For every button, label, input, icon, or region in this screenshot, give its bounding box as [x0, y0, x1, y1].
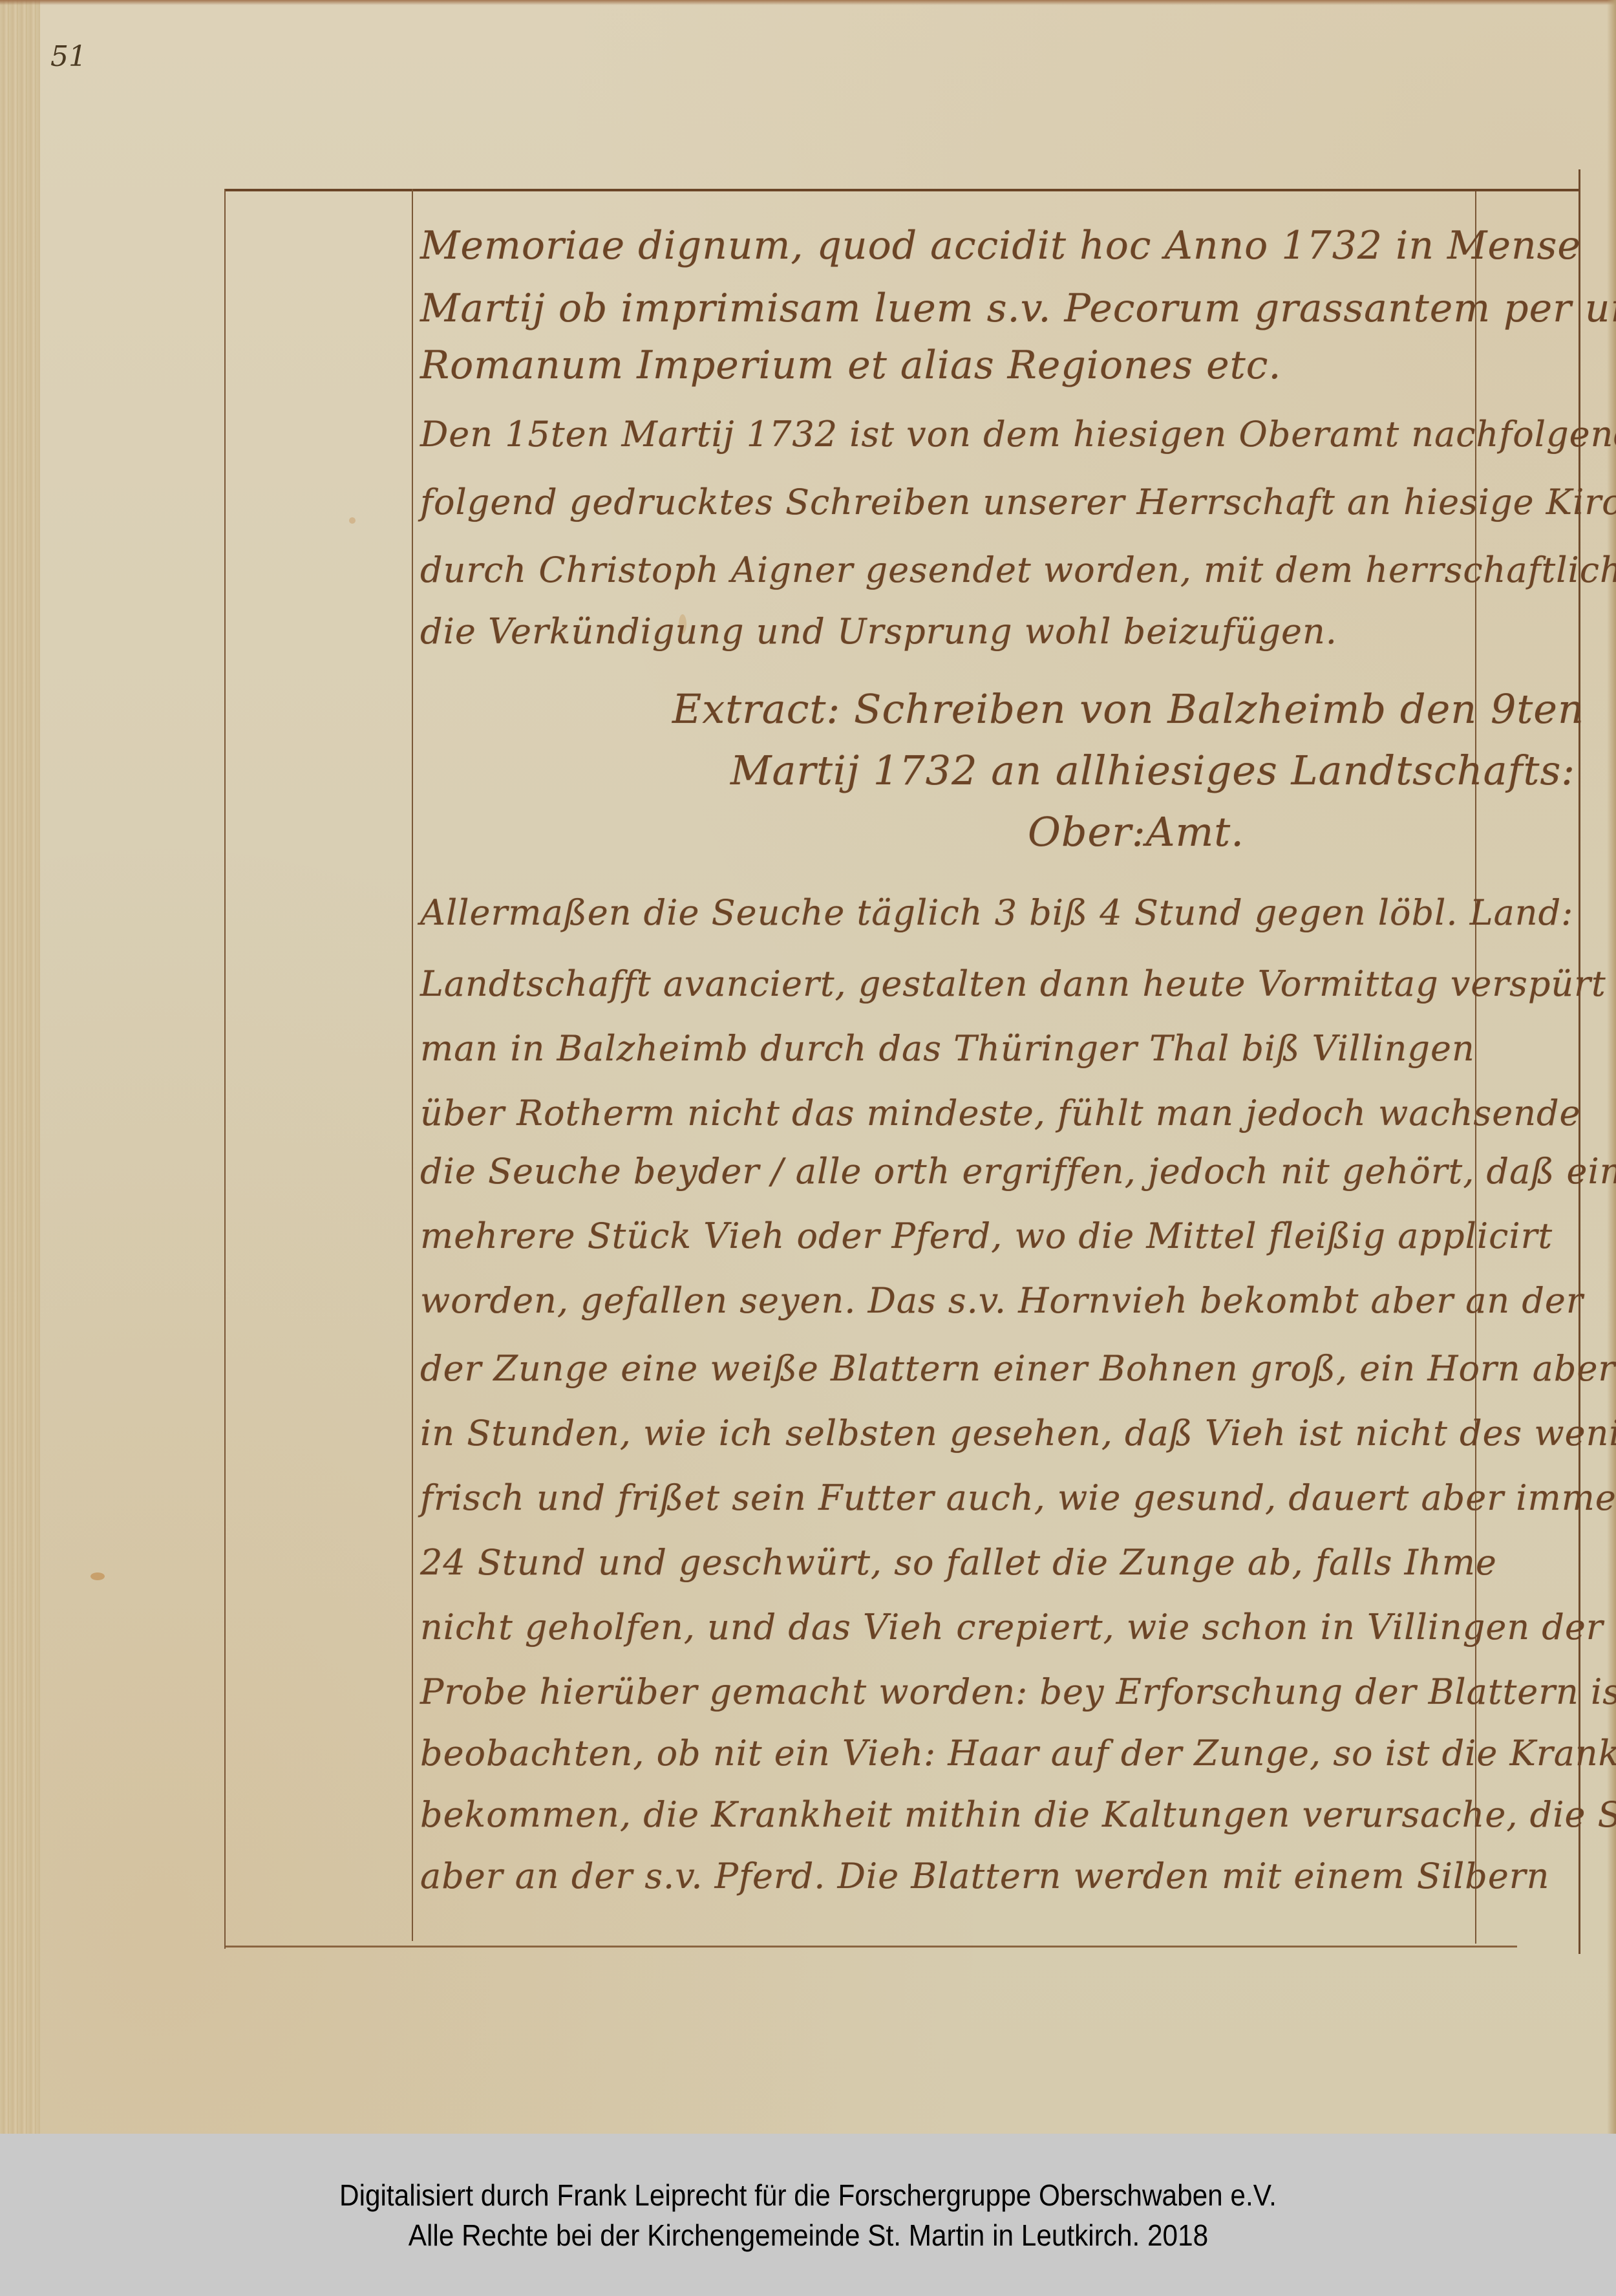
- body-line: Probe hierüber gemacht worden: bey Erfor…: [420, 1671, 1616, 1712]
- heading-line: Memoriae dignum, quod accidit hoc Anno 1…: [420, 223, 1581, 268]
- frame-top-rule: [224, 189, 1579, 191]
- foxing-spot: [349, 517, 356, 524]
- body-line: mehrere Stück Vieh oder Pferd, wo die Mi…: [420, 1216, 1553, 1256]
- intro-line: durch Christoph Aigner gesendet worden, …: [420, 550, 1616, 590]
- body-line: frisch und frißet sein Futter auch, wie …: [420, 1477, 1616, 1518]
- extract-line: Extract: Schreiben von Balzheimb den 9te…: [672, 685, 1584, 733]
- body-line: nicht geholfen, und das Vieh crepiert, w…: [420, 1607, 1604, 1647]
- body-line: beobachten, ob nit ein Vieh: Haar auf de…: [420, 1733, 1616, 1774]
- manuscript-scan: 51 Memoriae dignum, quod accidit hoc Ann…: [0, 0, 1616, 2134]
- body-line: 24 Stund und geschwürt, so fallet die Zu…: [420, 1542, 1497, 1583]
- extract-line: Ober:Amt.: [1028, 808, 1244, 855]
- intro-line: die Verkündigung und Ursprung wohl beizu…: [420, 611, 1337, 652]
- intro-line: folgend gedrucktes Schreiben unserer Her…: [420, 482, 1616, 522]
- heading-line: Romanum Imperium et alias Regiones etc.: [420, 343, 1281, 388]
- frame-inner-left-rule: [412, 189, 413, 1941]
- body-line: die Seuche beyder / alle orth ergriffen,…: [420, 1151, 1616, 1192]
- page-stack-edge: [0, 0, 40, 2134]
- body-line: worden, gefallen seyen. Das s.v. Hornvie…: [420, 1280, 1584, 1321]
- intro-line: Den 15ten Martij 1732 ist von dem hiesig…: [420, 414, 1616, 455]
- frame-outer-left-rule: [224, 189, 226, 1949]
- body-line: in Stunden, wie ich selbsten gesehen, da…: [420, 1413, 1616, 1454]
- heading-line: Martij ob imprimisam luem s.v. Pecorum g…: [420, 286, 1616, 331]
- page-number: 51: [50, 40, 87, 73]
- frame-bottom-rule: [224, 1946, 1517, 1947]
- body-line: der Zunge eine weiße Blattern einer Bohn…: [420, 1348, 1615, 1389]
- body-line: aber an der s.v. Pferd. Die Blattern wer…: [420, 1856, 1549, 1896]
- body-line: Allermaßen die Seuche täglich 3 biß 4 St…: [420, 892, 1573, 933]
- extract-line: Martij 1732 an allhiesiges Landtschafts:: [730, 747, 1575, 794]
- foxing-spot: [90, 1572, 105, 1580]
- digitization-caption: Digitalisiert durch Frank Leiprecht für …: [0, 2134, 1616, 2296]
- body-line: über Rotherm nicht das mindeste, fühlt m…: [420, 1093, 1581, 1133]
- body-line: Landtschafft avanciert, gestalten dann h…: [420, 963, 1606, 1004]
- caption-line-rights: Alle Rechte bei der Kirchengemeinde St. …: [408, 2215, 1207, 2255]
- body-line: bekommen, die Krankheit mithin die Kaltu…: [420, 1794, 1616, 1835]
- caption-line-credit: Digitalisiert durch Frank Leiprecht für …: [339, 2175, 1277, 2215]
- body-line: man in Balzheimb durch das Thüringer Tha…: [420, 1028, 1475, 1069]
- page-top-edge: [0, 0, 1616, 5]
